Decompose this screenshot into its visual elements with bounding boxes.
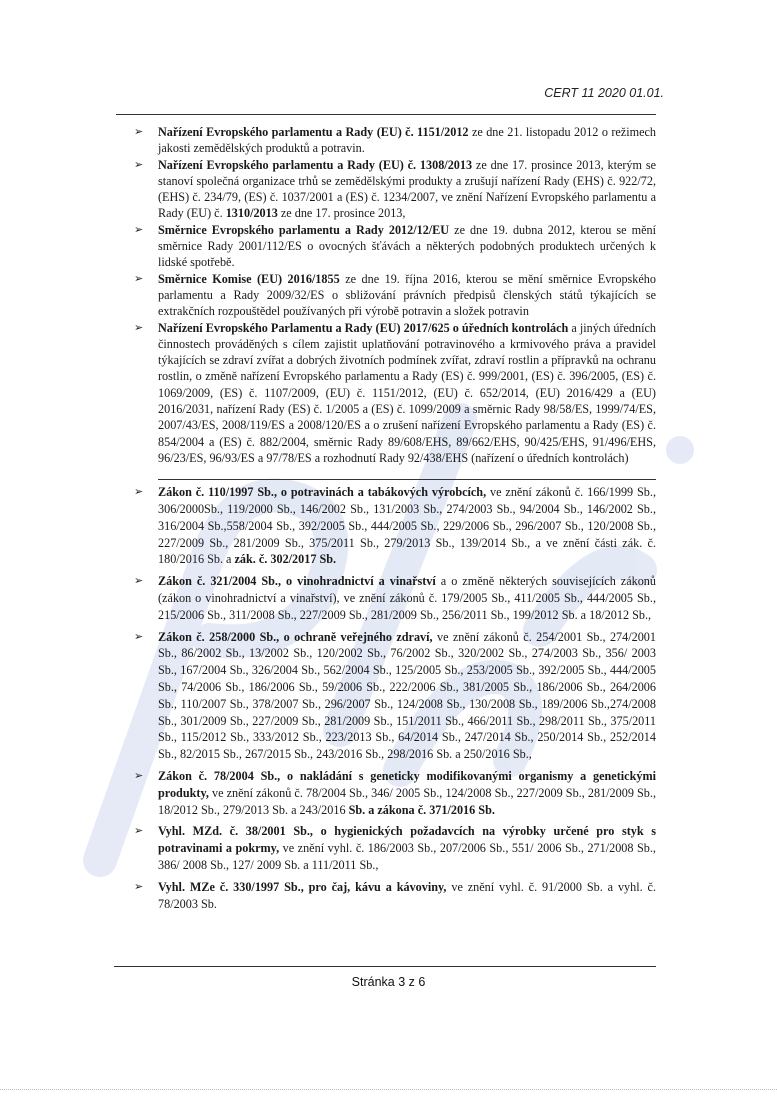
legislation-item: ➢Nařízení Evropského parlamentu a Rady (… [134, 124, 656, 157]
arrow-bullet-icon: ➢ [134, 768, 143, 785]
legislation-text: ve znění zákonů č. 254/2001 Sb., 274/200… [158, 630, 656, 762]
legislation-item: ➢Nařízení Evropského parlamentu a Rady (… [134, 157, 656, 222]
section-divider [158, 479, 656, 480]
eu-legislation-list: ➢Nařízení Evropského parlamentu a Rady (… [134, 124, 656, 466]
document-body: ➢Nařízení Evropského parlamentu a Rady (… [134, 124, 656, 917]
legislation-title: Směrnice Evropského parlamentu a Rady 20… [158, 223, 449, 237]
legislation-title: Sb. a zákona č. 371/2016 Sb. [349, 803, 495, 817]
legislation-title: Směrnice Komise (EU) 2016/1855 [158, 272, 340, 286]
arrow-bullet-icon: ➢ [134, 222, 143, 238]
legislation-title: 1310/2013 [226, 206, 278, 220]
legislation-text: a jiných úředních činnostech prováděných… [158, 321, 656, 465]
legislation-item: ➢Zákon č. 78/2004 Sb., o nakládání s gen… [134, 768, 656, 818]
legislation-item: ➢Vyhl. MZe č. 330/1997 Sb., pro čaj, káv… [134, 879, 656, 913]
legislation-title: Zákon č. 110/1997 Sb., o potravinách a t… [158, 485, 486, 499]
legislation-title: Vyhl. MZe č. 330/1997 Sb., pro čaj, kávu… [158, 880, 446, 894]
legislation-item: ➢Nařízení Evropského Parlamentu a Rady (… [134, 320, 656, 467]
czech-legislation-list: ➢Zákon č. 110/1997 Sb., o potravinách a … [134, 484, 656, 912]
page-number: Stránka 3 z 6 [0, 975, 777, 989]
arrow-bullet-icon: ➢ [134, 573, 143, 590]
arrow-bullet-icon: ➢ [134, 124, 143, 140]
arrow-bullet-icon: ➢ [134, 879, 143, 896]
legislation-item: ➢Směrnice Komise (EU) 2016/1855 ze dne 1… [134, 271, 656, 320]
footer-divider [114, 966, 656, 967]
legislation-title: Nařízení Evropského parlamentu a Rady (E… [158, 158, 472, 172]
document-code: CERT 11 2020 01.01. [544, 86, 664, 100]
scan-edge [0, 1089, 777, 1090]
legislation-item: ➢Zákon č. 110/1997 Sb., o potravinách a … [134, 484, 656, 568]
legislation-text: ze dne 17. prosince 2013, [278, 206, 406, 220]
legislation-item: ➢Vyhl. MZd. č. 38/2001 Sb., o hygienický… [134, 823, 656, 873]
arrow-bullet-icon: ➢ [134, 320, 143, 336]
arrow-bullet-icon: ➢ [134, 823, 143, 840]
arrow-bullet-icon: ➢ [134, 157, 143, 173]
legislation-item: ➢Zákon č. 321/2004 Sb., o vinohradnictví… [134, 573, 656, 623]
legislation-title: Nařízení Evropského Parlamentu a Rady (E… [158, 321, 568, 335]
legislation-item: ➢Zákon č. 258/2000 Sb., o ochraně veřejn… [134, 629, 656, 763]
legislation-title: Zákon č. 321/2004 Sb., o vinohradnictví … [158, 574, 436, 588]
legislation-title: Nařízení Evropského parlamentu a Rady (E… [158, 125, 469, 139]
legislation-item: ➢Směrnice Evropského parlamentu a Rady 2… [134, 222, 656, 271]
header-divider [116, 114, 656, 115]
arrow-bullet-icon: ➢ [134, 484, 143, 501]
arrow-bullet-icon: ➢ [134, 271, 143, 287]
legislation-title: Zákon č. 258/2000 Sb., o ochraně veřejné… [158, 630, 433, 644]
arrow-bullet-icon: ➢ [134, 629, 143, 646]
legislation-title: zák. č. 302/2017 Sb. [235, 552, 337, 566]
